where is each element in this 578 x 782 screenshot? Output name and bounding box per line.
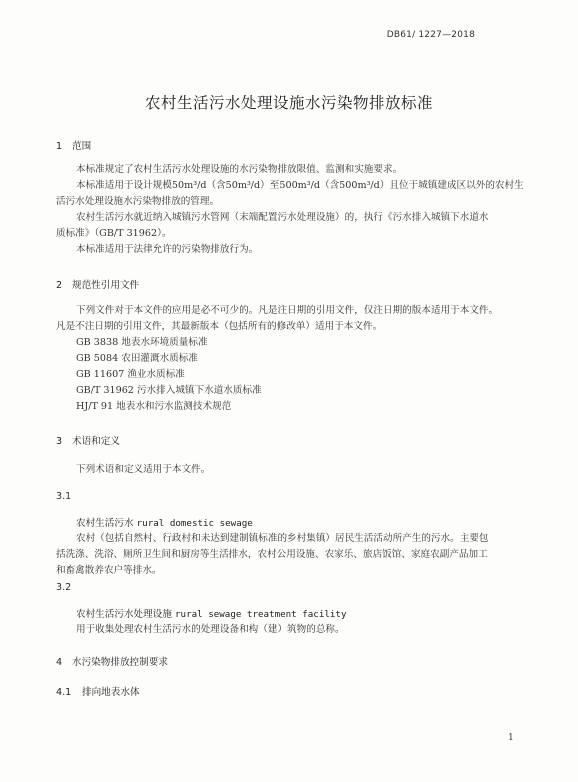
page-number: 1 [508, 733, 514, 743]
term-english: rural sewage treatment facility [175, 609, 346, 620]
section-title: 水污染物排放控制要求 [72, 657, 168, 668]
subsection-4-1-heading: 4.1排向地表水体 [56, 684, 140, 698]
reference-item: GB/T 31962 污水排入城镇下水道水质标准 [76, 383, 262, 399]
paragraph-continuation: 质标准》（GB/T 31962）。 [56, 226, 171, 242]
paragraph: 本标准规定了农村生活污水处理设施的水污染物排放限值、监测和实施要求。 [76, 162, 402, 178]
reference-item: GB 3838 地表水环境质量标准 [76, 335, 208, 351]
document-id: DB61/ 1227—2018 [0, 30, 475, 40]
paragraph: 下列文件对于本文件的应用是必不可少的。凡是注日期的引用文件，仅注日期的版本适用于… [76, 303, 498, 319]
paragraph: 本标准适用于法律允许的污染物排放行为。 [76, 242, 258, 258]
section-2-heading: 2规范性引用文件 [56, 277, 139, 291]
term-definition-continuation: 和畜禽散养农户等排水。 [56, 563, 162, 579]
subsection-number: 4.1 [56, 687, 82, 698]
section-4-heading: 4水污染物排放控制要求 [56, 654, 168, 668]
term-number: 3.2 [56, 582, 71, 593]
paragraph: 农村生活污水就近纳入城镇污水管网（末端配置污水处理设施）的，执行《污水排入城镇下… [76, 210, 489, 226]
paragraph: 下列术语和定义适用于本文件。 [76, 462, 210, 478]
term-definition: 用于收集处理农村生活污水的处理设备和构（建）筑物的总称。 [76, 622, 345, 638]
section-1-heading: 1范围 [56, 138, 91, 152]
term-number: 3.1 [56, 491, 71, 502]
section-number: 4 [56, 657, 72, 668]
term-chinese: 农村生活污水 [76, 518, 134, 529]
paragraph: 本标准适用于设计规模50m³/d（含50m³/d）至500m³/d（含500m³… [76, 178, 524, 194]
term-definition-continuation: 括洗涤、洗浴、厕所卫生间和厨房等生活排水，农村公用设施、农家乐、旅店饭馆、家庭农… [56, 547, 488, 563]
paragraph-continuation: 凡是不注日期的引用文件，其最新版本（包括所有的修改单）适用于本文件。 [56, 319, 382, 335]
paragraph-continuation: 活污水处理设施水污染物排放的管理。 [56, 194, 219, 210]
term-chinese: 农村生活污水处理设施 [76, 609, 172, 620]
document-title: 农村生活污水处理设施水污染物排放标准 [0, 91, 578, 113]
section-title: 规范性引用文件 [72, 280, 139, 291]
reference-item: HJ/T 91 地表水和污水监测技术规范 [76, 399, 231, 415]
section-title: 术语和定义 [72, 436, 120, 447]
term-definition: 农村（包括自然村、行政村和未达到建制镇标准的乡村集镇）居民生活活动所产生的污水。… [76, 531, 489, 547]
term-heading: 农村生活污水处理设施 rural sewage treatment facili… [76, 606, 346, 620]
section-title: 范围 [72, 141, 91, 152]
section-number: 3 [56, 436, 72, 447]
section-number: 1 [56, 141, 72, 152]
term-heading: 农村生活污水 rural domestic sewage [76, 515, 253, 529]
term-english: rural domestic sewage [137, 518, 253, 529]
reference-item: GB 5084 农田灌溉水质标准 [76, 351, 198, 367]
subsection-title: 排向地表水体 [82, 687, 140, 698]
reference-item: GB 11607 渔业水质标准 [76, 367, 185, 383]
section-number: 2 [56, 280, 72, 291]
section-3-heading: 3术语和定义 [56, 433, 120, 447]
